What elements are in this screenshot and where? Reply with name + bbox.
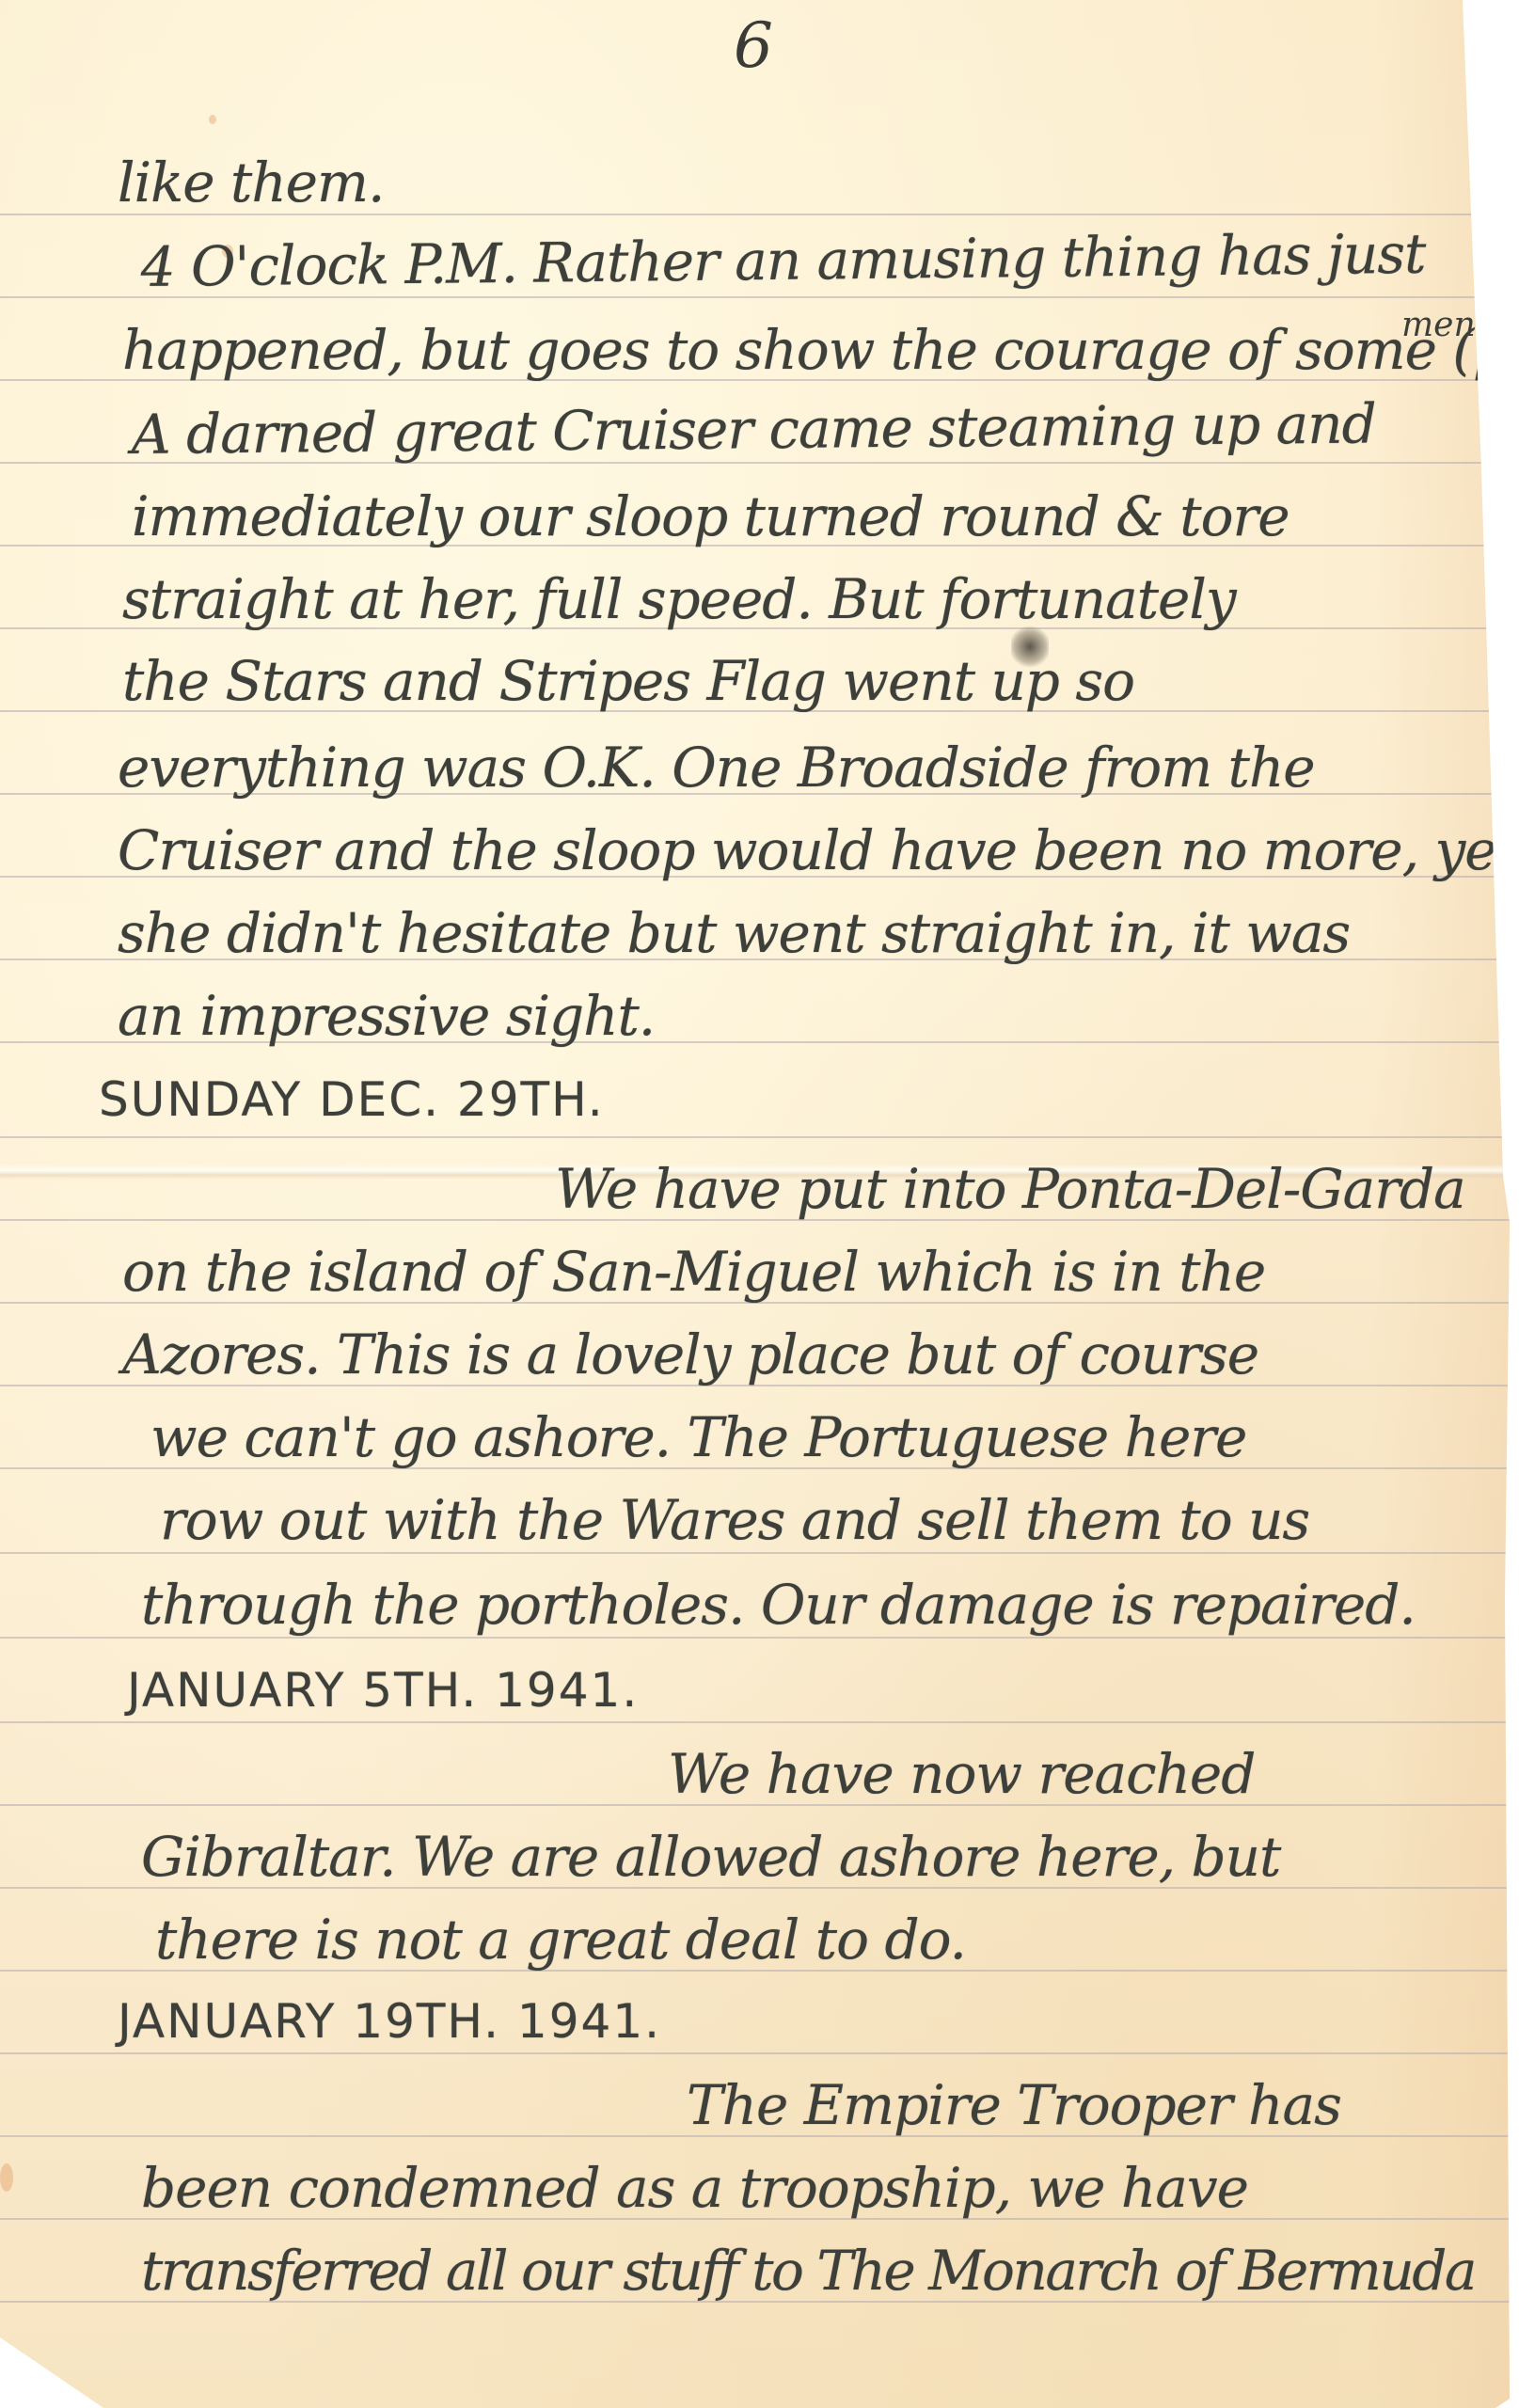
- diary-page: 6 men like them. 4 O'clock P.M. Rather a…: [0, 0, 1519, 2408]
- diary-date-heading: Sunday Dec. 29th.: [99, 1072, 605, 1127]
- handwritten-line: A darned great Cruiser came steaming up …: [131, 391, 1376, 467]
- ruled-line: [0, 1136, 1519, 1138]
- handwritten-line: Azores. This is a lovely place but of co…: [122, 1323, 1258, 1386]
- handwritten-line: We have now reached: [668, 1742, 1255, 1806]
- handwritten-line: she didn't hesitate but went straight in…: [118, 901, 1350, 965]
- handwritten-line: everything was O.K. One Broadside from t…: [118, 736, 1315, 800]
- handwritten-line: an impressive sight.: [118, 984, 655, 1048]
- ruled-line: [0, 1637, 1519, 1639]
- handwritten-line: row out with the Wares and sell them to …: [160, 1488, 1309, 1552]
- handwritten-line: been condemned as a troopship, we have: [141, 2156, 1248, 2220]
- ruled-line: [0, 1552, 1519, 1554]
- age-spot: [0, 2163, 13, 2192]
- handwritten-line: Gibraltar. We are allowed ashore here, b…: [141, 1825, 1280, 1889]
- handwritten-line: Cruiser and the sloop would have been no…: [118, 818, 1517, 882]
- diary-date-heading: January 19th. 1941.: [118, 1994, 661, 2049]
- handwritten-line: the Stars and Stripes Flag went up so: [122, 649, 1134, 713]
- handwritten-line: there is not a great deal to do.: [155, 1908, 966, 1972]
- handwritten-line: we can't go ashore. The Portuguese here: [150, 1405, 1246, 1469]
- age-spot: [209, 115, 216, 124]
- page-number: 6: [734, 9, 773, 82]
- diary-date-heading: January 5th. 1941.: [127, 1663, 639, 1718]
- handwritten-line: We have put into Ponta-Del-Garda: [555, 1157, 1465, 1221]
- handwritten-line: like them.: [118, 150, 384, 214]
- ruled-line: [0, 1721, 1519, 1723]
- handwritten-line: straight at her, full speed. But fortuna…: [122, 567, 1236, 631]
- handwritten-line: happened, but goes to show the courage o…: [122, 318, 1519, 382]
- handwritten-line: The Empire Trooper has: [687, 2073, 1341, 2137]
- handwritten-line: through the portholes. Our damage is rep…: [141, 1573, 1416, 1637]
- ruled-line: [0, 2052, 1519, 2054]
- handwritten-line: on the island of San-Miguel which is in …: [122, 1240, 1265, 1304]
- handwritten-line: immediately our sloop turned round & tor…: [132, 484, 1290, 548]
- handwritten-line: transferred all our stuff to The Monarch…: [141, 2239, 1475, 2303]
- handwritten-line: 4 O'clock P.M. Rather an amusing thing h…: [140, 222, 1425, 299]
